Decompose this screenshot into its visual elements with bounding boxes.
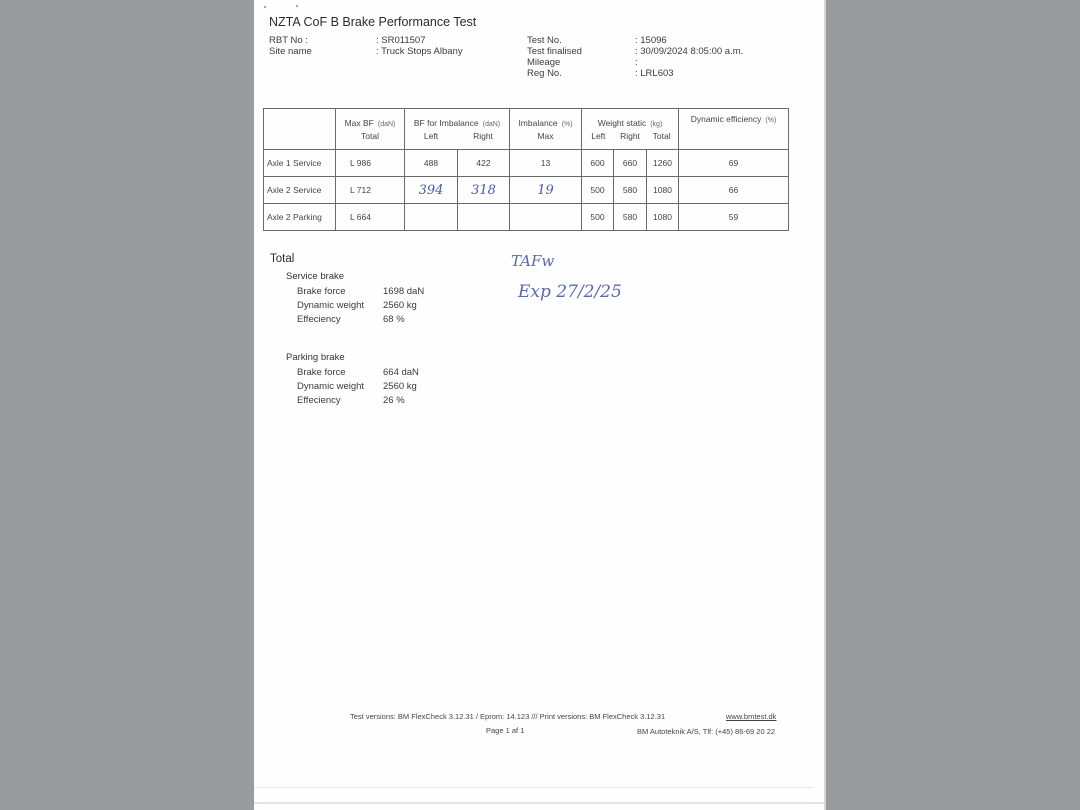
max-bf-cell: L 986 [336,150,405,177]
test-no-value: : 15096 [635,35,667,46]
service-efficiency-label: Effeciency [297,314,341,325]
header-imbalance: Imbalance(%) Max [510,109,582,150]
header-blank [264,109,336,150]
weight-total-cell: 1260 [647,150,679,177]
footer-versions: Test versions: BM FlexCheck 3.12.31 / Ep… [350,712,665,721]
weight-right-cell: 660 [614,150,647,177]
bf-left-cell: 488 [405,150,458,177]
dynamic-efficiency-cell: 59 [679,204,789,231]
bf-right-cell [458,204,510,231]
service-brake-force-value: 1698 daN [383,286,424,297]
service-brake-force-label: Brake force [297,286,346,297]
mileage-value: : [635,57,638,68]
brake-results-table: Max BF(daN) Total BF for Imbalance(daN) … [263,108,789,231]
test-finalised-label: Test finalised [527,46,582,57]
service-efficiency-value: 68 % [383,314,405,325]
max-bf-cell: L 712 [336,177,405,204]
footer-company: BM Autoteknik A/S, Tlf: (+45) 86-69 20 2… [637,727,775,736]
weight-right-cell: 580 [614,204,647,231]
footer-website-link[interactable]: www.bmtest.dk [726,712,776,721]
handwritten-expiry: Exp 27/2/25 [518,282,622,302]
rbt-no-value: : SR011507 [376,35,425,46]
row-label: Axle 2 Parking [264,204,336,231]
scan-artifact-line [254,802,824,804]
rbt-no-label: RBT No : [269,35,308,46]
parking-dynamic-weight-value: 2560 kg [383,381,417,392]
header-weight-static: Weight static(kg) LeftRightTotal [582,109,679,150]
service-dynamic-weight-label: Dynamic weight [297,300,364,311]
weight-left-cell: 500 [582,177,614,204]
reg-no-value: : LRL603 [635,68,674,79]
header-max-bf: Max BF(daN) Total [336,109,405,150]
header-dynamic-efficiency: Dynamic efficiency(%) [679,109,789,150]
imbalance-cell [510,204,582,231]
parking-efficiency-value: 26 % [383,395,405,406]
max-bf-cell: L 664 [336,204,405,231]
scan-artifact-line [254,787,814,788]
parking-efficiency-label: Effeciency [297,395,341,406]
header-bf-imbalance: BF for Imbalance(daN) LeftRight [405,109,510,150]
table-row: Axle 1 ServiceL 98648842213600660126069 [264,150,789,177]
handwritten-initials: TAFw [511,252,554,270]
document-page: NZTA CoF B Brake Performance Test RBT No… [254,0,826,810]
footer-page-number: Page 1 af 1 [486,726,524,735]
bf-right-cell: 318 [458,177,510,204]
document-title: NZTA CoF B Brake Performance Test [269,15,476,29]
totals-title: Total [270,253,294,265]
dynamic-efficiency-cell: 66 [679,177,789,204]
weight-left-cell: 500 [582,204,614,231]
mileage-label: Mileage [527,57,560,68]
scan-speck [264,6,266,8]
weight-left-cell: 600 [582,150,614,177]
test-finalised-value: : 30/09/2024 8:05:00 a.m. [635,46,743,57]
parking-dynamic-weight-label: Dynamic weight [297,381,364,392]
bf-right-cell: 422 [458,150,510,177]
parking-brake-force-value: 664 daN [383,367,419,378]
test-no-label: Test No. [527,35,562,46]
site-name-label: Site name [269,46,312,57]
imbalance-cell: 13 [510,150,582,177]
weight-total-cell: 1080 [647,177,679,204]
table-row: Axle 2 ServiceL 71239431819500580108066 [264,177,789,204]
reg-no-label: Reg No. [527,68,562,79]
row-label: Axle 2 Service [264,177,336,204]
parking-brake-force-label: Brake force [297,367,346,378]
row-label: Axle 1 Service [264,150,336,177]
scan-speck [296,5,298,7]
dynamic-efficiency-cell: 69 [679,150,789,177]
table-row: Axle 2 ParkingL 664500580108059 [264,204,789,231]
service-dynamic-weight-value: 2560 kg [383,300,417,311]
bf-left-cell [405,204,458,231]
bf-left-cell: 394 [405,177,458,204]
parking-brake-title: Parking brake [286,352,345,363]
imbalance-cell: 19 [510,177,582,204]
service-brake-title: Service brake [286,271,344,282]
weight-total-cell: 1080 [647,204,679,231]
weight-right-cell: 580 [614,177,647,204]
site-name-value: : Truck Stops Albany [376,46,463,57]
